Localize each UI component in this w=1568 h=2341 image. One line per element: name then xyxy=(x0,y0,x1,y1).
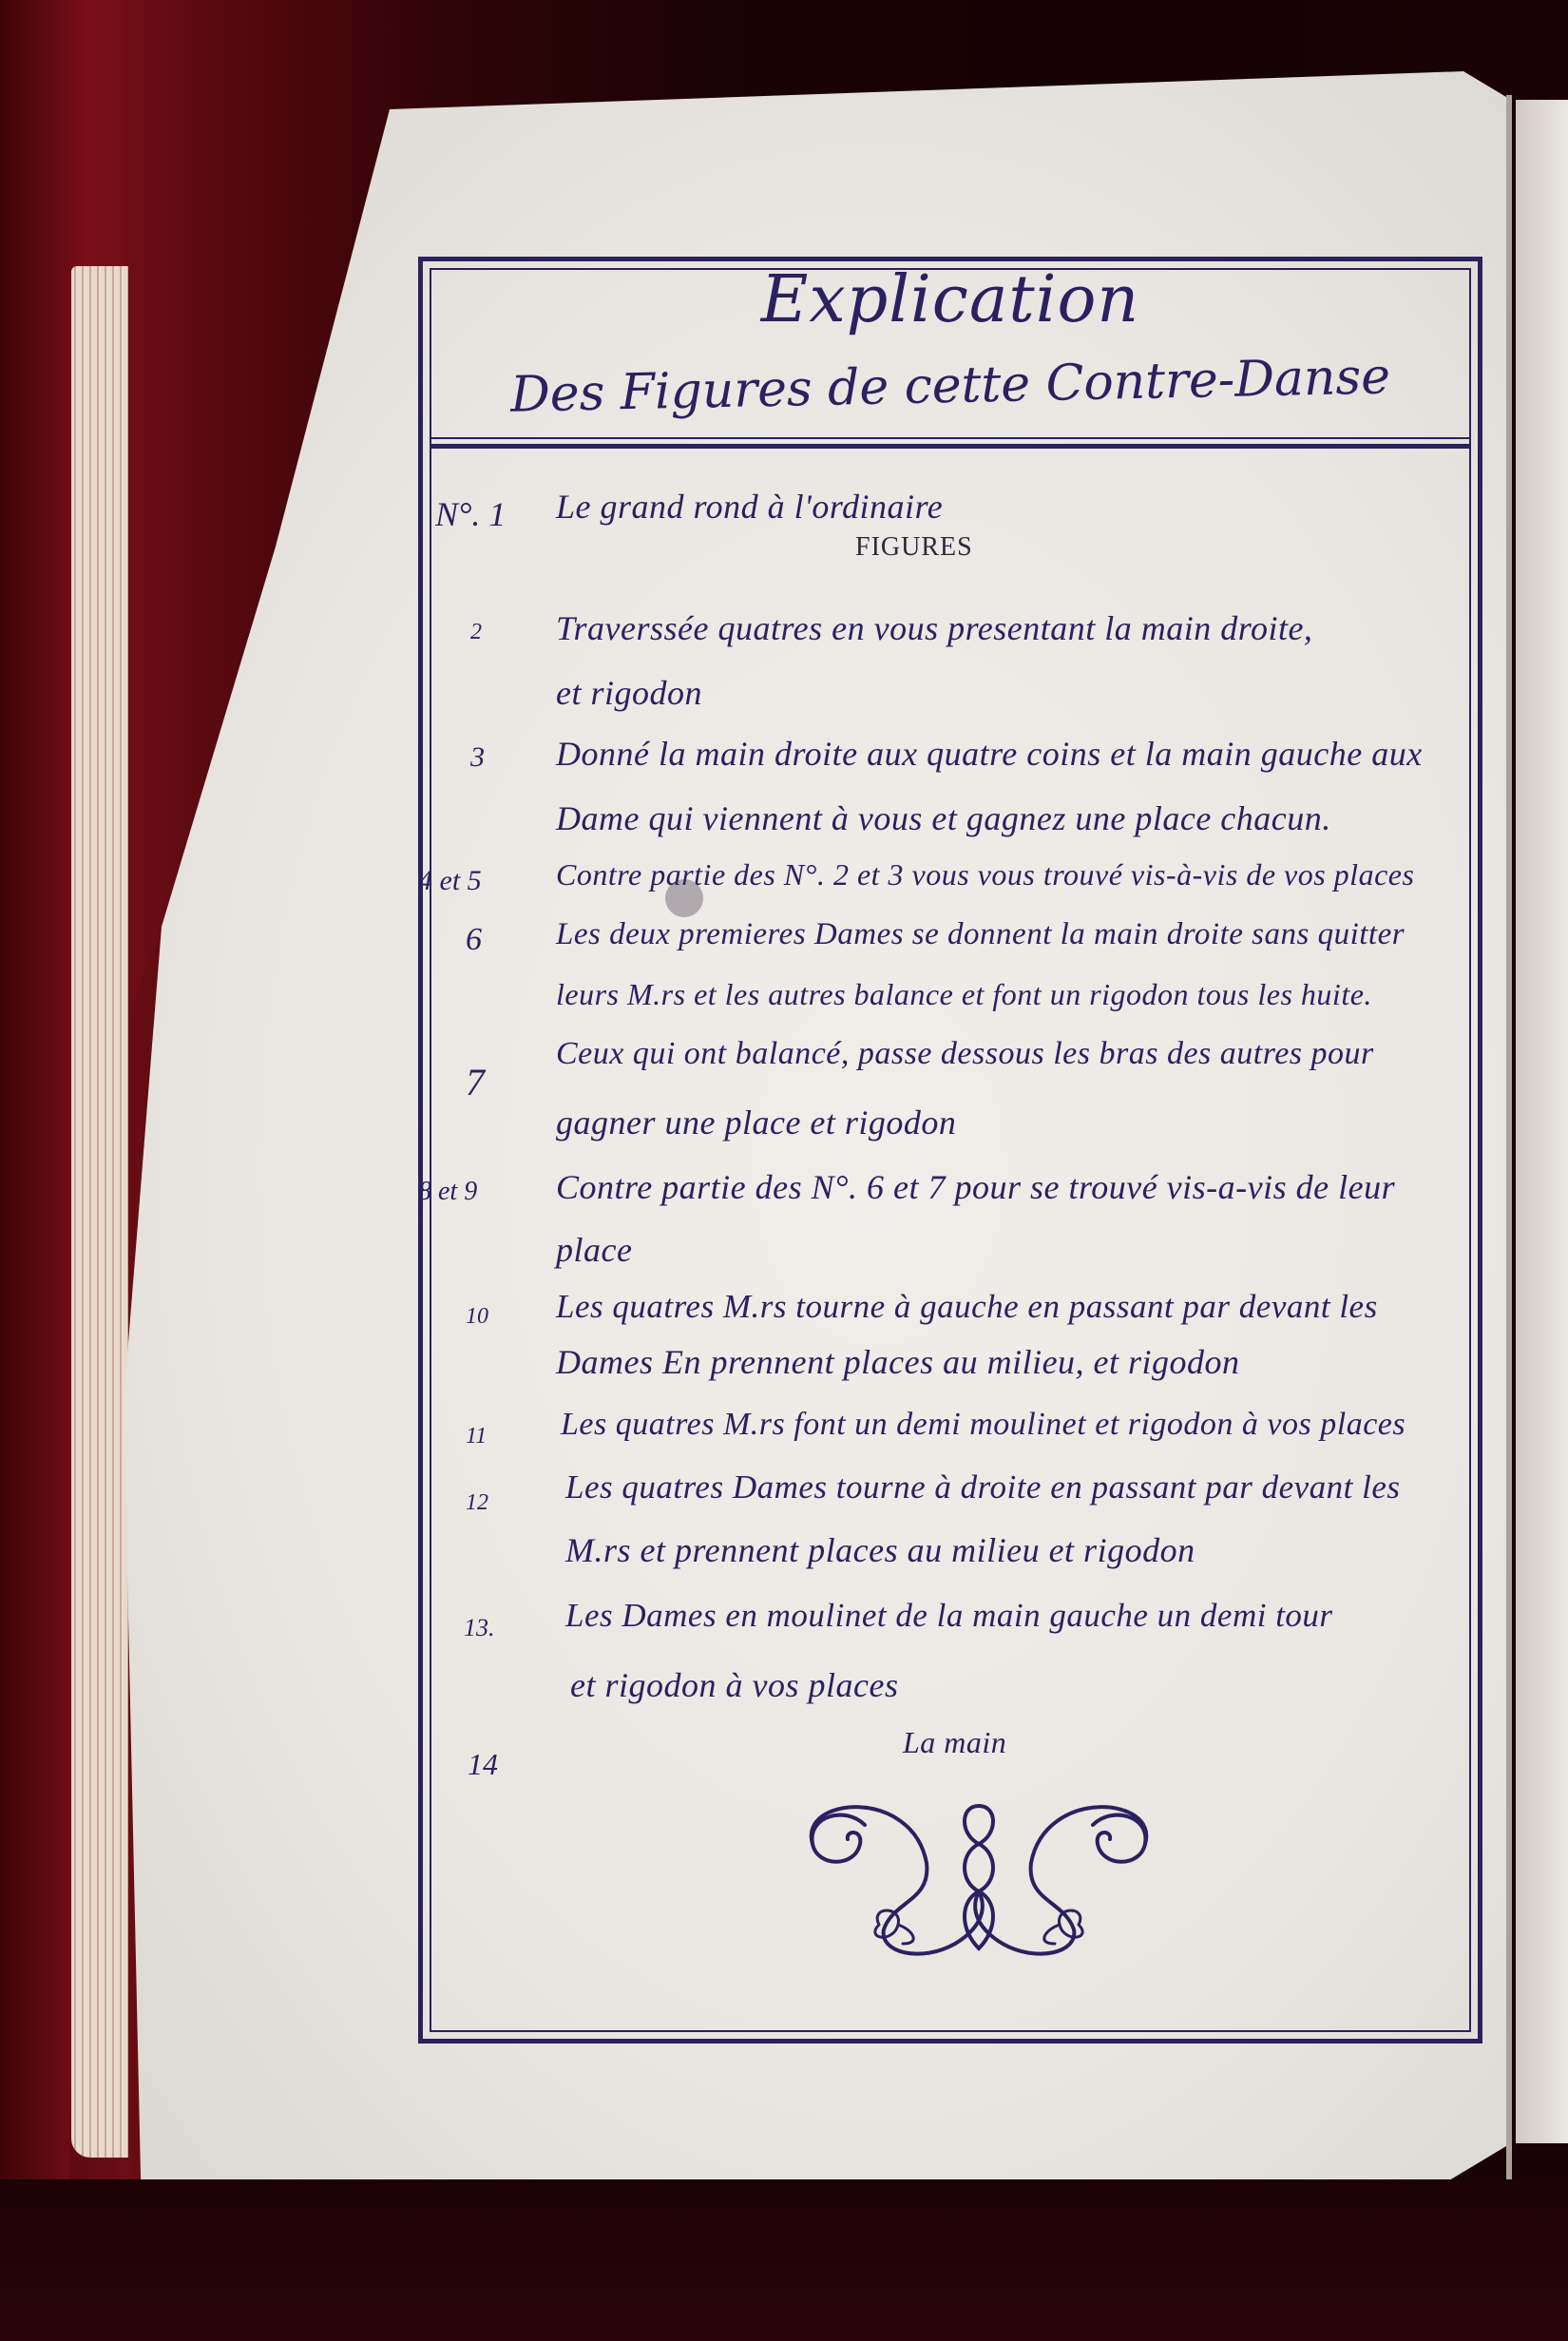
entry-number: 7 xyxy=(466,1060,485,1104)
entry-number: 3 xyxy=(470,741,485,774)
entry-number: 2 xyxy=(470,620,482,645)
entry-number: 8 et 9 xyxy=(418,1177,477,1207)
entry-number: 11 xyxy=(466,1424,487,1449)
entry-text: Les quatres Dames tourne à droite en pas… xyxy=(565,1468,1401,1506)
entry-text: gagner une place et rigodon xyxy=(556,1103,956,1142)
entry-number: N°. 1 xyxy=(435,494,506,534)
entry-number: 6 xyxy=(466,922,482,958)
calligraphic-flourish-ornament xyxy=(789,1787,1169,1967)
entry-text: Les quatres M.rs tourne à gauche en pass… xyxy=(556,1288,1378,1326)
entry-text: Dames En prennent places au milieu, et r… xyxy=(556,1342,1240,1382)
entry-text: Dame qui viennent à vous et gagnez une p… xyxy=(556,798,1331,838)
entry-text: Contre partie des N°. 6 et 7 pour se tro… xyxy=(556,1167,1395,1207)
entry-number: 10 xyxy=(466,1304,488,1330)
facing-page xyxy=(1516,100,1568,2143)
book-page-edges xyxy=(71,266,128,2158)
page-title: Explication xyxy=(430,268,1471,333)
entry-text: leurs M.rs et les autres balance et font… xyxy=(556,977,1372,1012)
entry-text: Les quatres M.rs font un demi moulinet e… xyxy=(561,1407,1405,1443)
entry-number: 14 xyxy=(468,1747,498,1782)
catchword: La main xyxy=(903,1725,1006,1760)
entry-number: 13. xyxy=(464,1614,495,1642)
section-heading: FIGURES xyxy=(855,532,973,563)
entry-number: 4 et 5 xyxy=(418,865,482,897)
entry-text: Donné la main droite aux quatre coins et… xyxy=(556,734,1423,774)
entry-text: Les Dames en moulinet de la main gauche … xyxy=(565,1597,1333,1635)
title-divider xyxy=(430,437,1471,439)
entry-number: 12 xyxy=(466,1490,488,1516)
entry-text: Le grand rond à l'ordinaire xyxy=(556,487,943,527)
page-gutter xyxy=(1506,95,1512,2186)
ink-smudge xyxy=(665,879,703,917)
velvet-bottom xyxy=(0,2179,1568,2341)
entry-text: Traverssée quatres en vous presentant la… xyxy=(556,608,1312,648)
entry-text: et rigodon xyxy=(556,673,702,713)
entry-text: place xyxy=(556,1230,632,1270)
entry-text: M.rs et prennent places au milieu et rig… xyxy=(565,1530,1195,1570)
entry-text: Ceux qui ont balancé, passe dessous les … xyxy=(556,1036,1374,1072)
entry-text: Les deux premieres Dames se donnent la m… xyxy=(556,917,1405,952)
entry-text: et rigodon à vos places xyxy=(570,1665,898,1705)
